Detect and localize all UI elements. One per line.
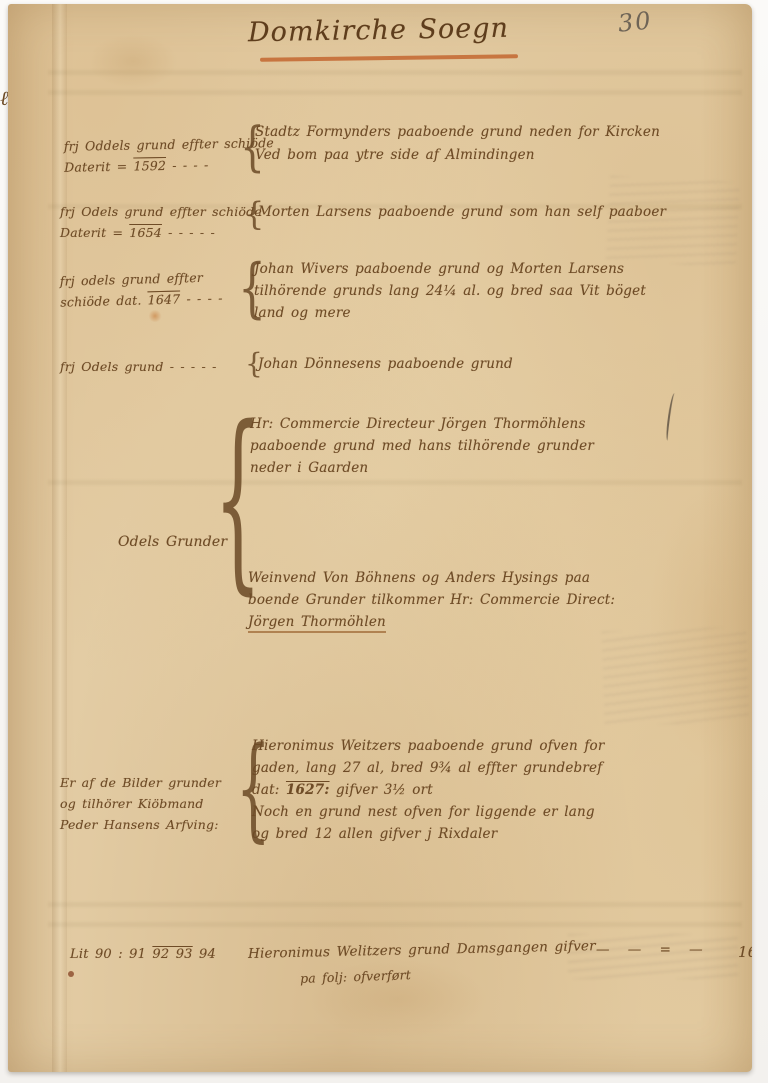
paper-stain [88, 34, 178, 89]
margin-note: frj Odels grund - - - - - [60, 356, 260, 377]
show-through-line [48, 480, 742, 485]
margin-note-line: frj Odels grund effter schiöde [60, 204, 262, 219]
paper-stain [148, 310, 162, 322]
entry-text-line: Morten Larsens paaboende grund som han s… [258, 202, 666, 223]
title-underline [260, 54, 518, 62]
entry-text-line: Johan Wivers paaboende grund og Morten L… [254, 259, 624, 280]
folio-number: 30 [617, 10, 654, 34]
entry-text-line: Johan Dönnesens paaboende grund [258, 354, 513, 375]
group-paragraph-line: boende Grunder tilkommer Hr: Commercie D… [248, 590, 615, 611]
entry-text-line: gaden, lang 27 al, bred 9¾ al effter gru… [252, 758, 602, 779]
margin-note: frj odels grund effter schiöde dat. 1647… [59, 265, 260, 312]
margin-note-line: Peder Hansens Arfving: [60, 817, 219, 832]
manuscript-page: Domkirche Soegn 30 frj Oddels grund efft… [8, 4, 752, 1072]
ink-dot [68, 971, 74, 977]
deed-year: 1592 [133, 158, 166, 174]
margin-note: frj Oddels grund effter schiöde Daterit … [64, 132, 265, 177]
ink-bleedthrough-smudge [601, 626, 749, 726]
margin-note: Er af de Bilder grunder og tilhörer Kiöb… [60, 772, 260, 835]
entry-text-line: Stadtz Formynders paaboende grund neden … [255, 122, 660, 143]
group-paragraph-line: Weinvend Von Böhnens og Anders Hysings p… [248, 568, 590, 589]
show-through-line [48, 70, 742, 75]
footer-dash-leaders: — — = — [596, 940, 709, 961]
group-paragraph-line: paaboende grund med hans tilhörende grun… [250, 436, 594, 457]
margin-note-line: Daterit = 1592 - - - - [64, 157, 209, 175]
margin-note: frj Odels grund effter schiöde Daterit =… [60, 201, 260, 243]
footer-amount: 16 [738, 942, 752, 963]
group-paragraph-line: neder i Gaarden [250, 458, 368, 479]
entry-text-line: Ved bom paa ytre side af Almindingen [255, 145, 535, 166]
page-title: Domkirche Soegn [248, 18, 509, 44]
entry-text-line: og bred 12 allen gifver j Rixdaler [252, 824, 497, 845]
deed-year: 1627: [286, 782, 330, 798]
entry-text-line: tilhörende grunds lang 24¼ al. og bred s… [254, 281, 646, 302]
deed-year: 1654 [129, 225, 162, 240]
group-label: Odels Grunder [118, 532, 227, 553]
deed-year: 1647 [147, 291, 180, 307]
paper-stain [648, 484, 752, 764]
footer-note: pa folj: ofverført [300, 964, 412, 989]
show-through-line [48, 90, 742, 95]
footer-summary-text: Hieronimus Welitzers grund Damsgangen gi… [248, 936, 596, 965]
margin-note-line: og tilhörer Kiöbmand [60, 796, 204, 811]
manuscript-scan: ℓ Domkirche Soegn 30 frj Oddels grund ef… [0, 0, 768, 1083]
group-paragraph-line: Hr: Commercie Directeur Jörgen Thormöhle… [250, 414, 586, 435]
entry-text-line: dat: 1627: gifver 3½ ort [252, 780, 433, 801]
margin-note-line: Er af de Bilder grunder [60, 775, 221, 790]
show-through-line [48, 902, 742, 907]
stray-pen-stroke [665, 392, 677, 441]
entry-text-line: Hieronimus Weitzers paaboende grund ofve… [252, 736, 605, 757]
margin-note-line: schiöde dat. 1647 - - - - [60, 290, 223, 309]
show-through-line [48, 922, 742, 927]
margin-note-line: frj odels grund effter [60, 270, 204, 289]
group-paragraph-line: Jörgen Thormöhlen [248, 612, 386, 633]
margin-note-line: Daterit = 1654 - - - - - [60, 225, 215, 240]
entry-text-line: Noch en grund nest ofven for liggende er… [252, 802, 595, 823]
lit-references: Lit 90 : 91 92 93 94 [70, 944, 216, 965]
margin-note-line: frj Odels grund - - - - - [60, 359, 217, 374]
entry-text-line: land og mere [254, 303, 351, 324]
